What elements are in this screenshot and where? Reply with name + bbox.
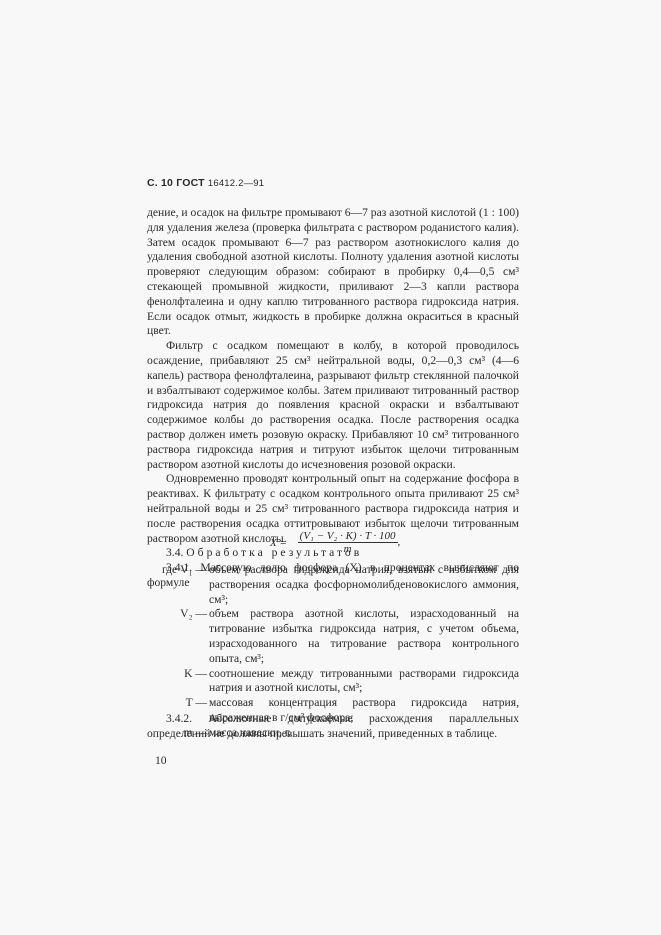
paragraph: дение, и осадок на фильтре промывают 6—7…: [147, 206, 519, 339]
paragraph: 3.4.2. Абсолютные допускаемые расхождени…: [147, 712, 519, 742]
definition-text: объем раствора азотной кислоты, израсход…: [209, 607, 519, 666]
paragraph: Фильтр с осадком помещают в колбу, в кот…: [147, 339, 519, 472]
formula-fraction: (V₁ − V₂ · K) · T · 100 m: [298, 530, 398, 555]
definition-item: где V₁ — объем раствора гидроксида натри…: [147, 563, 519, 607]
header-standard: 16412.2—91: [208, 178, 264, 189]
definition-item: V₂ — объем раствора азотной кислоты, изр…: [147, 607, 519, 666]
header-prefix: С. 10 ГОСТ: [147, 177, 205, 189]
definition-item: K — соотношение между титрованными раств…: [147, 667, 519, 697]
definition-symbol: где V₁ —: [147, 563, 209, 607]
page-number: 10: [155, 754, 167, 767]
formula-lhs: X =: [270, 537, 287, 549]
closing-paragraph: 3.4.2. Абсолютные допускаемые расхождени…: [147, 712, 519, 742]
definition-symbol: K —: [147, 667, 209, 697]
section-number: 3.4.: [166, 546, 183, 559]
formula: X = (V₁ − V₂ · K) · T · 100 m ,: [270, 530, 400, 555]
definition-text: объем раствора гидроксида натрия, взятый…: [209, 563, 519, 607]
page-header: С. 10 ГОСТ 16412.2—91: [147, 177, 264, 189]
formula-numerator: (V₁ − V₂ · K) · T · 100: [298, 530, 398, 543]
definition-symbol: V₂ —: [147, 607, 209, 666]
definition-text: соотношение между титрованными растворам…: [209, 667, 519, 697]
formula-denominator: m: [298, 543, 398, 555]
formula-trail: ,: [398, 536, 401, 548]
